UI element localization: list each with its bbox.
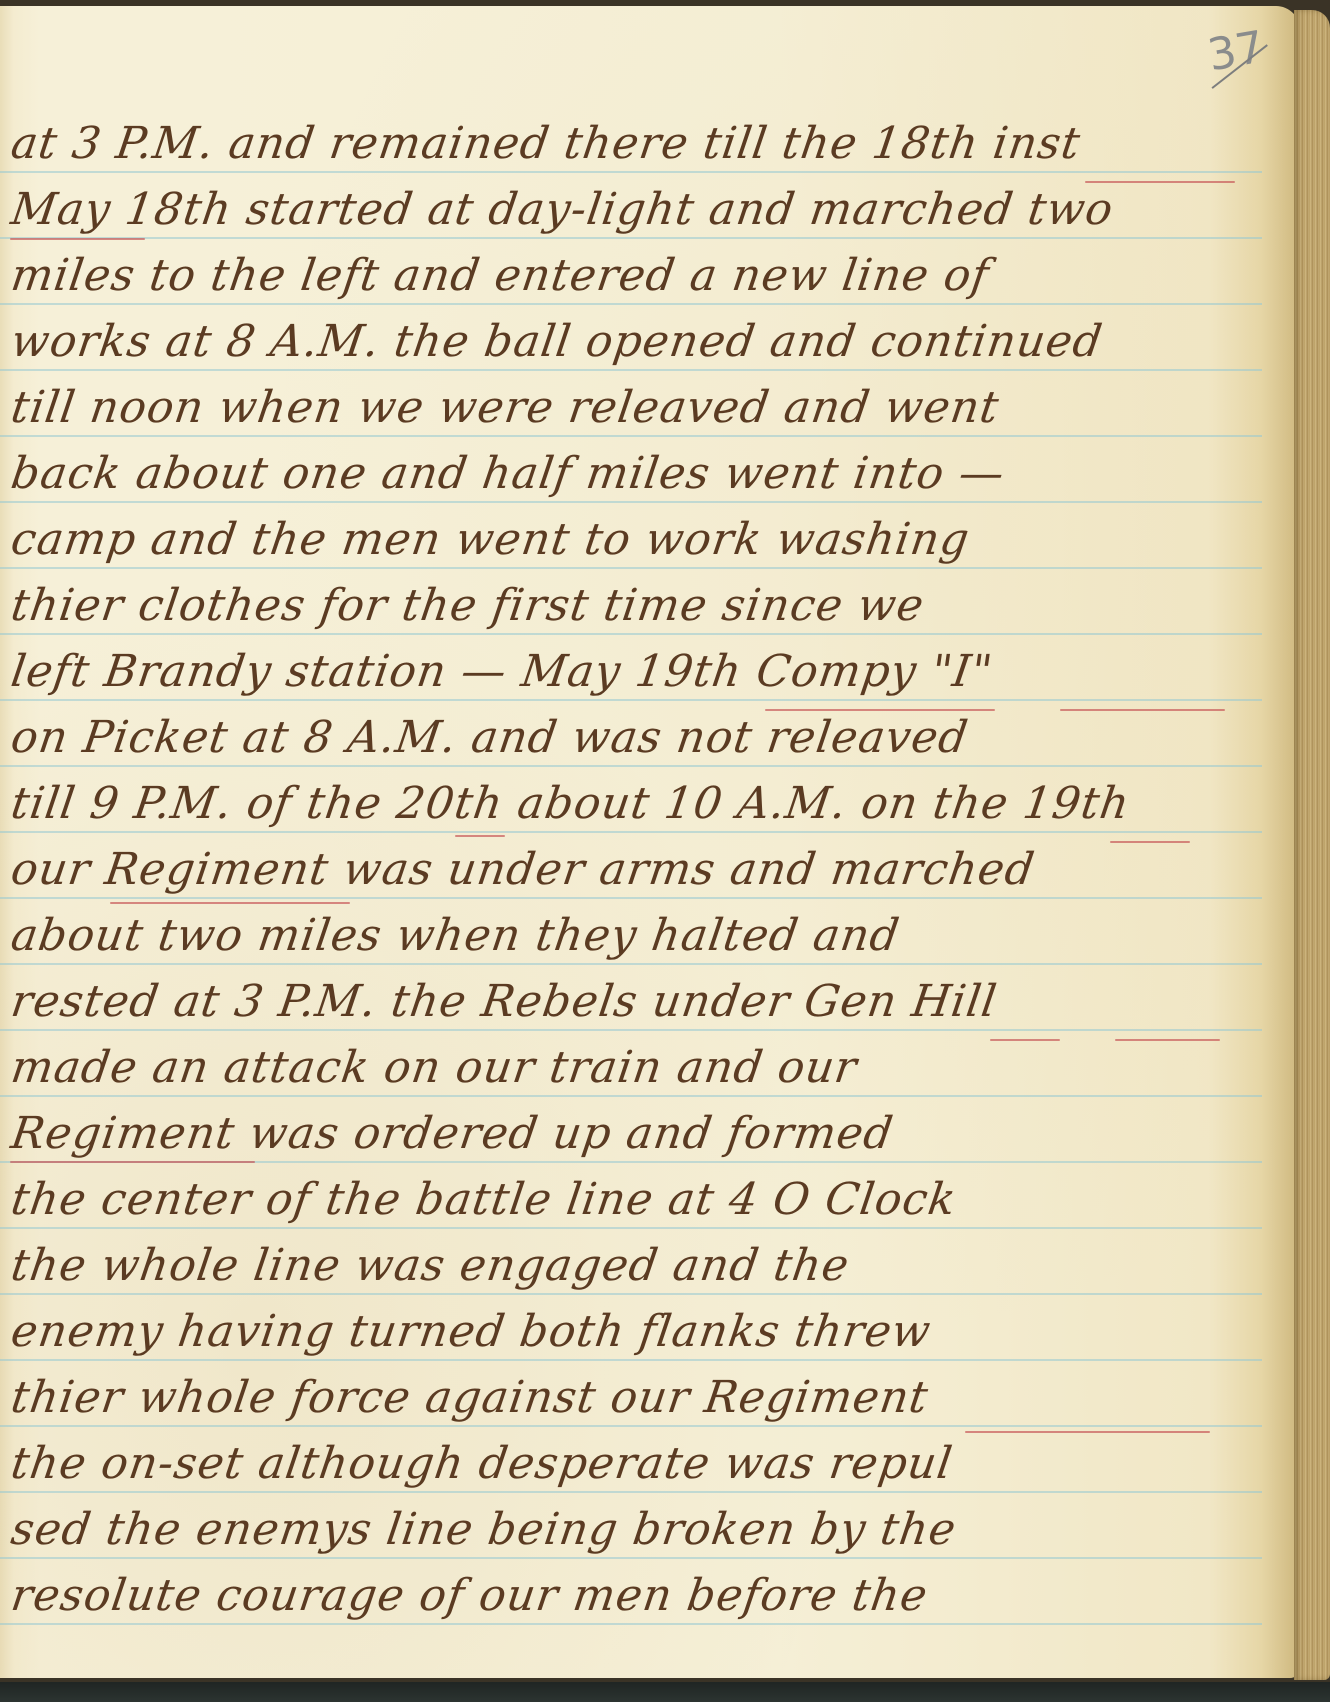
rule-line: [0, 567, 1262, 569]
rule-line: [0, 699, 1262, 701]
red-underline: [965, 1431, 1210, 1433]
handwritten-line: made an attack on our train and our: [8, 1042, 1265, 1093]
red-underline: [1085, 181, 1235, 183]
handwritten-line: left Brandy station — May 19th Compy "I": [8, 646, 1265, 697]
handwritten-line: at 3 P.M. and remained there till the 18…: [8, 118, 1265, 169]
rule-line: [0, 171, 1262, 173]
handwritten-line: till 9 P.M. of the 20th about 10 A.M. on…: [8, 778, 1265, 829]
handwritten-line: resolute courage of our men before the: [8, 1570, 1265, 1621]
rule-line: [0, 897, 1262, 899]
rule-line: [0, 963, 1262, 965]
handwritten-line: the on-set although desperate was repul: [8, 1438, 1265, 1489]
handwritten-line: thier whole force against our Regiment: [8, 1372, 1265, 1423]
handwritten-line: back about one and half miles went into …: [8, 448, 1265, 499]
red-underline: [1110, 841, 1190, 843]
handwritten-line: miles to the left and entered a new line…: [8, 250, 1265, 301]
handwritten-line: sed the enemys line being broken by the: [8, 1504, 1265, 1555]
rule-line: [0, 501, 1262, 503]
handwritten-line: enemy having turned both flanks threw: [8, 1306, 1265, 1357]
rule-line: [0, 1425, 1262, 1427]
rule-line: [0, 831, 1262, 833]
red-underline: [1060, 709, 1225, 711]
handwritten-line: thier clothes for the first time since w…: [8, 580, 1265, 631]
red-underline: [765, 709, 995, 711]
handwritten-line: the center of the battle line at 4 O Clo…: [8, 1174, 1265, 1225]
book-binding: [0, 1682, 1330, 1702]
handwritten-line: works at 8 A.M. the ball opened and cont…: [8, 316, 1265, 367]
handwritten-line: Regiment was ordered up and formed: [8, 1108, 1265, 1159]
rule-line: [0, 1557, 1262, 1559]
rule-line: [0, 1227, 1262, 1229]
book-page-edge: [1294, 10, 1330, 1680]
rule-line: [0, 1029, 1262, 1031]
rule-line: [0, 633, 1262, 635]
handwritten-line: rested at 3 P.M. the Rebels under Gen Hi…: [8, 976, 1265, 1027]
rule-line: [0, 1359, 1262, 1361]
rule-line: [0, 1491, 1262, 1493]
rule-line: [0, 237, 1262, 239]
red-underline: [10, 1161, 255, 1163]
rule-line: [0, 1623, 1262, 1625]
red-underline: [110, 902, 350, 904]
handwritten-line: on Picket at 8 A.M. and was not releaved: [8, 712, 1265, 763]
book: 37 at 3 P.M. and remained there till the…: [0, 0, 1330, 1690]
handwritten-line: our Regiment was under arms and marched: [8, 844, 1265, 895]
handwritten-line: the whole line was engaged and the: [8, 1240, 1265, 1291]
rule-line: [0, 369, 1262, 371]
handwritten-line: about two miles when they halted and: [8, 910, 1265, 961]
page-number: 37: [1204, 22, 1268, 82]
diary-page: 37 at 3 P.M. and remained there till the…: [0, 6, 1300, 1678]
rule-line: [0, 765, 1262, 767]
rule-line: [0, 1293, 1262, 1295]
rule-line: [0, 1095, 1262, 1097]
handwritten-line: camp and the men went to work washing: [8, 514, 1265, 565]
red-underline: [1115, 1039, 1220, 1041]
handwritten-line: till noon when we were releaved and went: [8, 382, 1265, 433]
rule-line: [0, 303, 1262, 305]
red-underline: [455, 835, 505, 837]
red-underline: [990, 1039, 1060, 1041]
handwritten-line: May 18th started at day-light and marche…: [8, 184, 1265, 235]
red-underline: [10, 238, 145, 240]
rule-line: [0, 435, 1262, 437]
